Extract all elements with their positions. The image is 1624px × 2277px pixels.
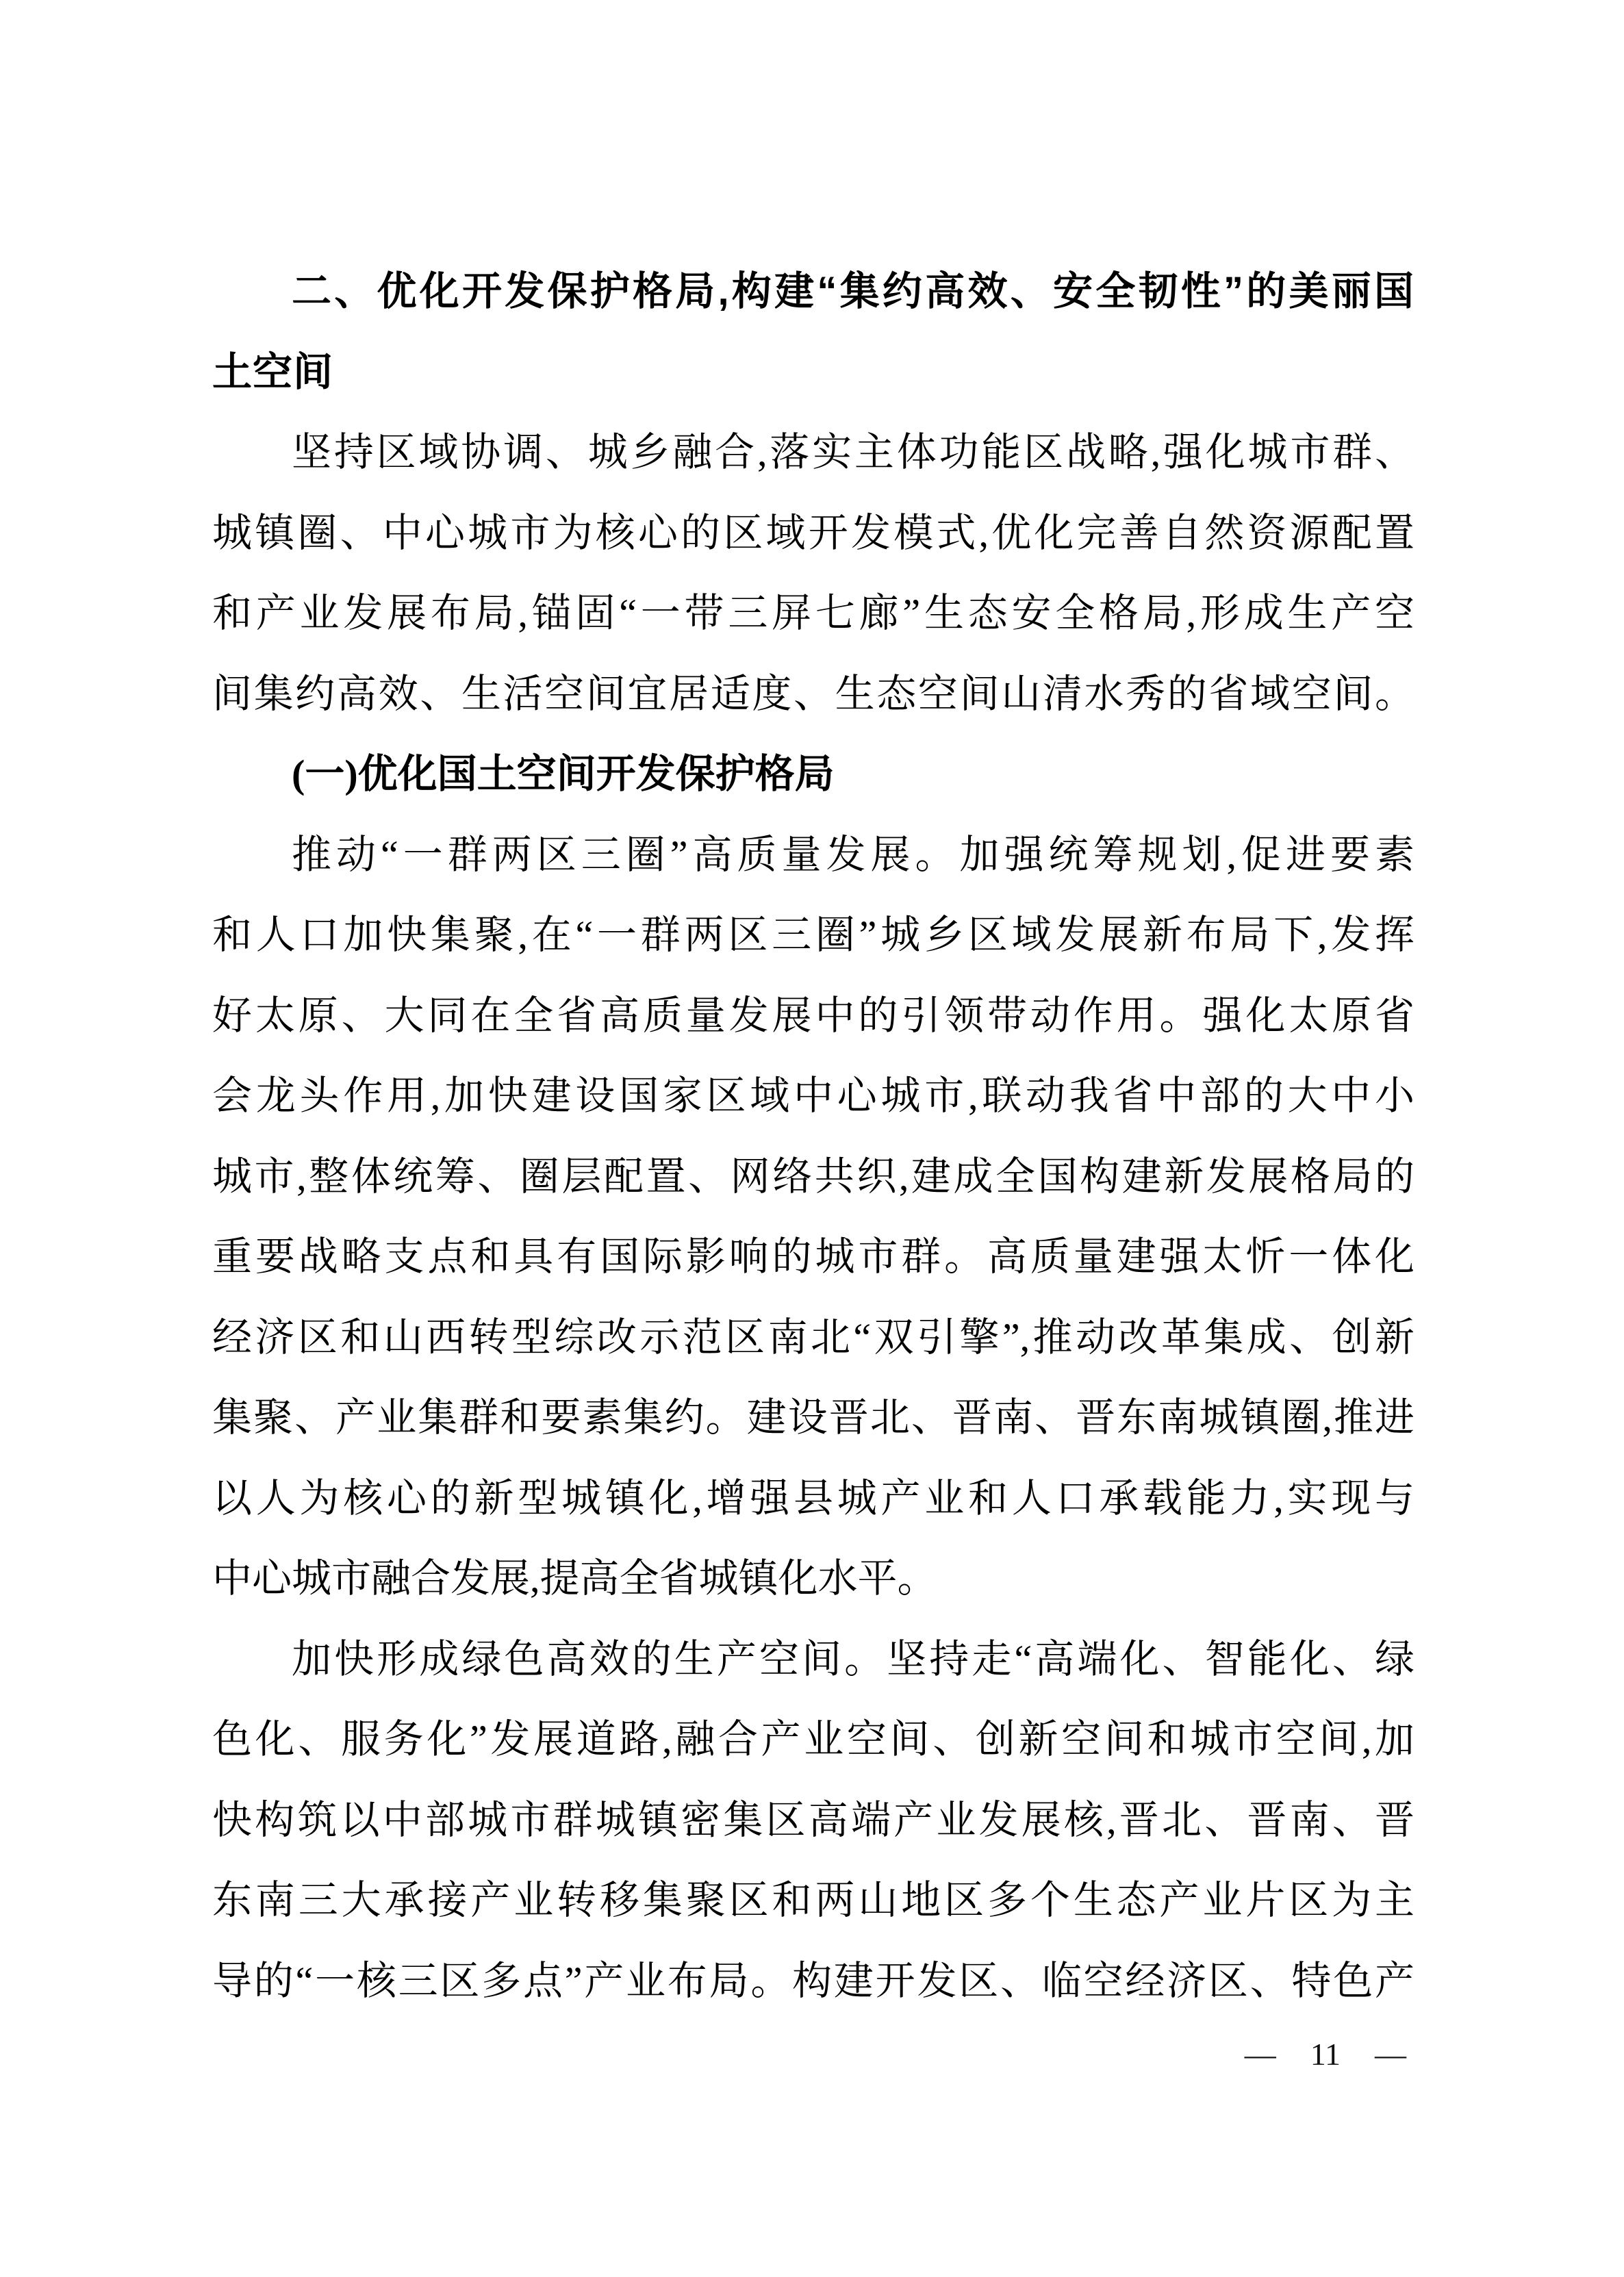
paragraph-3-line: 导的“一核三区多点”产业布局。构建开发区、临空经济区、特色产 [212,1941,1414,2022]
paragraph-2-line: 集聚、产业集群和要素集约。建设晋北、晋南、晋东南城镇圈,推进 [212,1377,1414,1458]
paragraph-1-line: 间集约高效、生活空间宜居适度、生态空间山清水秀的省域空间。 [212,654,1414,735]
chapter-heading-line-2: 土空间 [212,332,1414,413]
paragraph-1-line: 城镇圈、中心城市为核心的区域开发模式,优化完善自然资源配置 [212,493,1414,574]
section-subheading: (一)优化国土空间开发保护格局 [212,734,1414,815]
paragraph-2-line: 和人口加快集聚,在“一群两区三圈”城乡区域发展新布局下,发挥 [212,895,1414,976]
paragraph-3-line: 加快形成绿色高效的生产空间。坚持走“高端化、智能化、绿 [212,1619,1414,1700]
footer-dash-right: — [1375,2035,1406,2074]
document-page: 二、优化开发保护格局,构建“集约高效、安全韧性”的美丽国 土空间 坚持区域协调、… [0,0,1624,2277]
paragraph-2-line: 会龙头作用,加快建设国家区域中心城市,联动我省中部的大中小 [212,1056,1414,1136]
paragraph-3-line: 色化、服务化”发展道路,融合产业空间、创新空间和城市空间,加 [212,1699,1414,1780]
footer-dash-left: — [1245,2035,1276,2074]
paragraph-2-line: 中心城市融合发展,提高全省城镇化水平。 [212,1538,1414,1619]
paragraph-3-line: 东南三大承接产业转移集聚区和两山地区多个生态产业片区为主 [212,1860,1414,1941]
paragraph-2-line: 推动“一群两区三圈”高质量发展。加强统筹规划,促进要素 [212,815,1414,895]
paragraph-2-line: 经济区和山西转型综改示范区南北“双引擎”,推动改革集成、创新 [212,1297,1414,1378]
paragraph-2-line: 重要战略支点和具有国际影响的城市群。高质量建强太忻一体化 [212,1217,1414,1297]
paragraph-1-line: 坚持区域协调、城乡融合,落实主体功能区战略,强化城市群、 [212,412,1414,493]
chapter-heading-line-1: 二、优化开发保护格局,构建“集约高效、安全韧性”的美丽国 [212,251,1414,332]
paragraph-2-line: 城市,整体统筹、圈层配置、网络共织,建成全国构建新发展格局的 [212,1136,1414,1217]
page-footer: — 11 — [1245,2035,1406,2074]
paragraph-2-line: 以人为核心的新型城镇化,增强县城产业和人口承载能力,实现与 [212,1458,1414,1539]
paragraph-1-line: 和产业发展布局,锚固“一带三屏七廊”生态安全格局,形成生产空 [212,573,1414,654]
page-number: 11 [1310,2035,1341,2074]
document-text-block: 二、优化开发保护格局,构建“集约高效、安全韧性”的美丽国 土空间 坚持区域协调、… [212,251,1414,2021]
paragraph-2-line: 好太原、大同在全省高质量发展中的引领带动作用。强化太原省 [212,976,1414,1056]
paragraph-3-line: 快构筑以中部城市群城镇密集区高端产业发展核,晋北、晋南、晋 [212,1780,1414,1861]
